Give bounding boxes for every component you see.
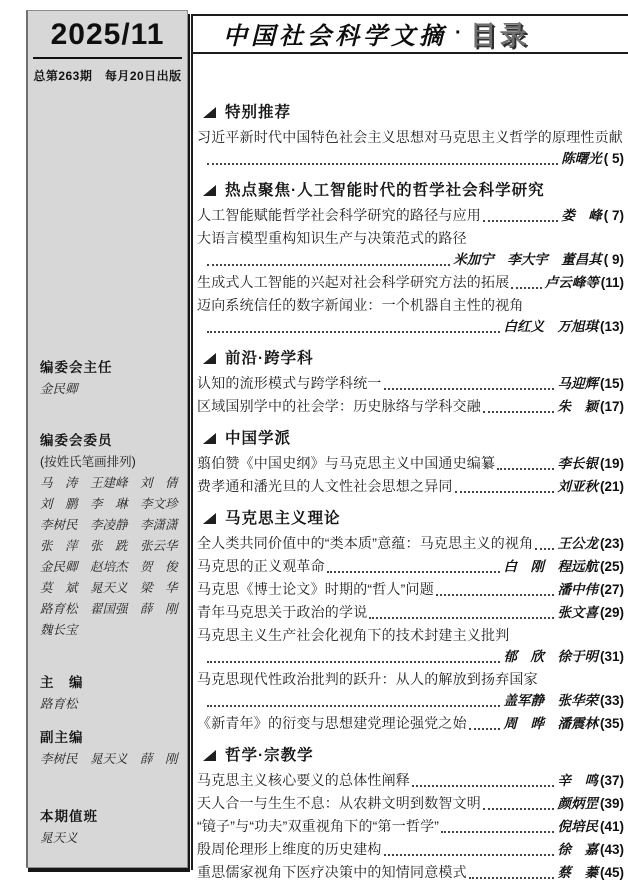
dotted-leader: [483, 220, 558, 222]
masthead-sort-note: (按姓氏笔画排列): [40, 452, 182, 473]
toc-entry: 马克思主义核心要义的总体性阐释 辛 鸣 (37): [197, 769, 624, 792]
masthead-block-label: 编委会委员: [40, 430, 182, 452]
toc-entry-title: 迈向系统信任的数字新闻业：一个机器自主性的视角: [197, 294, 624, 316]
toc-entry-authors: 白红义 万旭琪: [503, 316, 598, 338]
toc-entry-authors: 朱 颖: [557, 396, 598, 418]
toc-entry-title: 翦伯赞《中国史纲》与马克思主义中国通史编纂: [197, 452, 495, 474]
section-triangle-icon: [203, 433, 216, 444]
toc-entry-authors: 徐 嘉: [557, 839, 598, 861]
dotted-leader: [369, 617, 554, 619]
toc-entry-title: 生成式人工智能的兴起对社会科学研究方法的拓展: [197, 271, 509, 293]
masthead-block-lines: 马 涛 王建峰 刘 倩 刘 鹏 李 琳 李文珍 李树民 李凌静 李潇潇 张 萍 …: [40, 473, 182, 641]
toc-entry-title: 殷周伦理形上维度的历史建构: [197, 838, 382, 860]
section-title: 哲学·宗教学: [225, 745, 314, 767]
toc-entry-page: (21): [600, 476, 624, 498]
toc-entry: 马克思的正义观革命 白 刚 程远航 (25): [197, 555, 624, 578]
section-items: 翦伯赞《中国史纲》与马克思主义中国通史编纂 李长银 (19) 费孝通和潘光旦的人…: [197, 452, 624, 498]
toc-section: 马克思主义理论 全人类共同价值中的“类本质”意蕴：马克思主义的视角 王公龙 (2…: [197, 508, 624, 735]
toc-entry-authors: 郁 欣 徐于明: [503, 646, 598, 668]
toc-entry-page: (29): [600, 602, 624, 624]
toc-entry-title: 费孝通和潘光旦的人文性社会思想之异同: [197, 475, 453, 497]
toc-entry: 《新青年》的衍变与思想建党理论强党之始 周 晔 潘震林 (35): [197, 712, 624, 735]
toc-entry-page: (19): [600, 453, 624, 475]
section-header: 前沿·跨学科: [197, 348, 624, 370]
toc-entry-page: (41): [600, 816, 624, 838]
masthead-block-lines: 李树民 晁天义 薛 刚: [40, 749, 182, 770]
toc-entry-title: 马克思的正义观革命: [197, 555, 325, 577]
masthead-block: 副主编 李树民 晁天义 薛 刚: [40, 727, 182, 770]
dotted-leader: [511, 287, 541, 289]
section-header: 特别推荐: [197, 102, 624, 124]
section-title: 马克思主义理论: [225, 508, 341, 530]
dotted-leader: [441, 831, 554, 833]
toc-entry-authors: 米加宁 李大宇 董昌其: [453, 249, 602, 271]
toc-section: 热点聚焦·人工智能时代的哲学社会科学研究 人工智能赋能哲学社会科学研究的路径与应…: [197, 180, 624, 338]
masthead-sidebar: 2025/11 总第263期 每月20日出版 编委会主任 金民卿 编委会委员 (…: [26, 10, 188, 868]
journal-name: 中国社会科学文摘: [223, 16, 447, 51]
masthead-block-lines: 金民卿: [40, 379, 182, 400]
toc-section: 中国学派 翦伯赞《中国史纲》与马克思主义中国通史编纂 李长银 (19) 费孝通和…: [197, 428, 624, 498]
section-items: 人工智能赋能哲学社会科学研究的路径与应用 娄 峰 ( 7) 大语言模型重构知识生…: [197, 204, 624, 338]
toc-entry-title: 重思儒家视角下医疗决策中的知情同意模式: [197, 861, 467, 883]
masthead-name-line: 李树民 李凌静 李潇潇: [40, 515, 182, 536]
toc-entry-authors: 王公龙: [557, 533, 598, 555]
dotted-leader: [207, 163, 558, 165]
separator-dot: ·: [455, 22, 462, 45]
section-title: 特别推荐: [225, 102, 291, 124]
toc-entry: 重思儒家视角下医疗决策中的知情同意模式 蔡 蓁 (45): [197, 861, 624, 884]
section-header: 哲学·宗教学: [197, 745, 624, 767]
masthead-block-label: 编委会主任: [40, 357, 182, 379]
toc-entry-page: (13): [600, 316, 624, 338]
masthead-name-line: 路育松: [40, 694, 182, 715]
toc-entry-authors: 卢云峰等: [545, 272, 599, 294]
toc-entry: 天人合一与生生不息：从农耕文明到数智文明 颜炳罡 (39): [197, 792, 624, 815]
toc-entry-title: 习近平新时代中国特色社会主义思想对马克思主义哲学的原理性贡献: [197, 126, 624, 148]
toc-entry-title: 天人合一与生生不息：从农耕文明到数智文明: [197, 792, 481, 814]
toc-section: 哲学·宗教学 马克思主义核心要义的总体性阐释 辛 鸣 (37) 天人合一与生生不…: [197, 745, 624, 884]
toc-entry-authors: 周 晔 潘震林: [503, 713, 598, 735]
masthead-name-line: 金民卿: [40, 379, 182, 400]
toc-entry-page: (39): [600, 793, 624, 815]
toc-entry: 认知的流形模式与跨学科统一 马迎辉 (15): [197, 372, 624, 395]
masthead-block: 本期值班 晁天义: [40, 806, 182, 849]
toc-entry-page: (11): [601, 272, 624, 294]
toc: 特别推荐 习近平新时代中国特色社会主义思想对马克思主义哲学的原理性贡献 陈曙光 …: [193, 54, 628, 884]
toc-entry-title: “镜子”与“功夫”双重视角下的“第一哲学”: [197, 815, 439, 837]
masthead-name-line: 李树民 晁天义 薛 刚: [40, 749, 182, 770]
dotted-leader: [483, 411, 554, 413]
toc-entry-authors: 潘中伟: [557, 579, 598, 601]
dotted-leader: [535, 548, 554, 550]
section-items: 习近平新时代中国特色社会主义思想对马克思主义哲学的原理性贡献 陈曙光 ( 5): [197, 126, 624, 170]
masthead-block: 编委会委员 (按姓氏笔画排列) 马 涛 王建峰 刘 倩 刘 鹏 李 琳 李文珍 …: [40, 430, 182, 641]
dotted-leader: [455, 491, 555, 493]
section-header: 中国学派: [197, 428, 624, 450]
toc-entry-page: (27): [600, 579, 624, 601]
toc-entry-authors: 蔡 蓁: [557, 862, 598, 884]
toc-entry-authors: 陈曙光: [561, 148, 602, 170]
toc-entry: 马克思《博士论文》时期的“哲人”问题 潘中伟 (27): [197, 578, 624, 601]
toc-entry: 生成式人工智能的兴起对社会科学研究方法的拓展 卢云峰等 (11): [197, 271, 624, 294]
toc-entry-title: 马克思《博士论文》时期的“哲人”问题: [197, 578, 434, 600]
masthead-name-line: 金民卿 赵培杰 贺 俊: [40, 557, 182, 578]
toc-entry-title: 全人类共同价值中的“类本质”意蕴：马克思主义的视角: [197, 532, 533, 554]
toc-entry: 马克思主义生产社会化视角下的技术封建主义批判 郁 欣 徐于明 (31): [197, 624, 624, 668]
toc-entry: “镜子”与“功夫”双重视角下的“第一哲学” 倪培民 (41): [197, 815, 624, 838]
toc-entry-page: (35): [600, 713, 624, 735]
toc-entry-page: (45): [600, 862, 624, 884]
masthead-block-label: 本期值班: [40, 806, 182, 828]
dotted-leader: [384, 388, 555, 390]
issue-subline: 总第263期 每月20日出版: [28, 59, 187, 84]
masthead-name-line: 路育松 翟国强 薛 刚: [40, 599, 182, 620]
toc-entry: 区域国别学中的社会学：历史脉络与学科交融 朱 颖 (17): [197, 395, 624, 418]
toc-entry-authors: 马迎辉: [557, 373, 598, 395]
toc-entry: 费孝通和潘光旦的人文性社会思想之异同 刘亚秋 (21): [197, 475, 624, 498]
toc-entry-page: (43): [600, 839, 624, 861]
toc-entry-page: (23): [600, 533, 624, 555]
section-title: 中国学派: [225, 428, 291, 450]
dotted-leader: [483, 808, 554, 810]
toc-entry-page: ( 5): [604, 148, 624, 170]
toc-entry-title: 认知的流形模式与跨学科统一: [197, 372, 382, 394]
section-items: 马克思主义核心要义的总体性阐释 辛 鸣 (37) 天人合一与生生不息：从农耕文明…: [197, 769, 624, 884]
toc-entry-title: 区域国别学中的社会学：历史脉络与学科交融: [197, 395, 481, 417]
section-items: 全人类共同价值中的“类本质”意蕴：马克思主义的视角 王公龙 (23) 马克思的正…: [197, 532, 624, 735]
toc-entry: 翦伯赞《中国史纲》与马克思主义中国通史编纂 李长银 (19): [197, 452, 624, 475]
dotted-leader: [469, 728, 501, 730]
page-header: 中国社会科学文摘 · 目录: [193, 14, 628, 54]
toc-entry-title: 人工智能赋能哲学社会科学研究的路径与应用: [197, 204, 481, 226]
masthead-block-label: 副主编: [40, 727, 182, 749]
page-title: 目录: [470, 14, 530, 53]
section-triangle-icon: [203, 107, 216, 118]
toc-entry-authors: 盖军静 张华荣: [503, 690, 598, 712]
toc-content: 中国社会科学文摘 · 目录 特别推荐 习近平新时代中国特色社会主义思想对马克思主…: [191, 14, 628, 870]
toc-entry-authors: 白 刚 程远航: [503, 556, 598, 578]
dotted-leader: [469, 877, 555, 879]
dotted-leader: [207, 661, 500, 663]
toc-section: 前沿·跨学科 认知的流形模式与跨学科统一 马迎辉 (15) 区域国别学中的社会学…: [197, 348, 624, 418]
toc-entry-authors: 张文喜: [557, 602, 598, 624]
toc-entry-authors: 李长银: [557, 453, 598, 475]
toc-entry: 全人类共同价值中的“类本质”意蕴：马克思主义的视角 王公龙 (23): [197, 532, 624, 555]
section-triangle-icon: [203, 185, 216, 196]
toc-entry-page: (37): [600, 770, 624, 792]
section-triangle-icon: [203, 513, 216, 524]
toc-entry-page: (31): [600, 646, 624, 668]
toc-entry: 习近平新时代中国特色社会主义思想对马克思主义哲学的原理性贡献 陈曙光 ( 5): [197, 126, 624, 170]
masthead-name-line: 莫 斌 晁天义 梁 华: [40, 578, 182, 599]
dotted-leader: [384, 854, 555, 856]
dotted-leader: [327, 571, 501, 573]
section-title: 热点聚焦·人工智能时代的哲学社会科学研究: [225, 180, 545, 202]
dotted-leader: [207, 331, 500, 333]
dotted-leader: [497, 468, 554, 470]
masthead-name-line: 张 萍 张 跣 张云华: [40, 536, 182, 557]
toc-entry: 大语言模型重构知识生产与决策范式的路径 米加宁 李大宇 董昌其 ( 9): [197, 227, 624, 271]
toc-entry: 人工智能赋能哲学社会科学研究的路径与应用 娄 峰 ( 7): [197, 204, 624, 227]
masthead-block-lines: 晁天义: [40, 828, 182, 849]
toc-entry-page: (15): [600, 373, 624, 395]
section-triangle-icon: [203, 353, 216, 364]
masthead-block: 主 编 路育松: [40, 672, 182, 715]
toc-entry-authors: 辛 鸣: [557, 770, 598, 792]
dotted-leader: [436, 594, 555, 596]
masthead-name-line: 晁天义: [40, 828, 182, 849]
masthead-name-line: 魏长宝: [40, 620, 182, 641]
toc-section: 特别推荐 习近平新时代中国特色社会主义思想对马克思主义哲学的原理性贡献 陈曙光 …: [197, 102, 624, 170]
toc-entry-page: ( 7): [604, 205, 624, 227]
toc-entry: 马克思现代性政治批判的跃升：从人的解放到扬弃国家 盖军静 张华荣 (33): [197, 668, 624, 712]
masthead-block-label: 主 编: [40, 672, 182, 694]
toc-entry-authors: 颜炳罡: [557, 793, 598, 815]
dotted-leader: [412, 785, 554, 787]
toc-entry-page: (33): [600, 690, 624, 712]
toc-entry-authors: 倪培民: [557, 816, 598, 838]
section-triangle-icon: [203, 750, 216, 761]
toc-entry: 殷周伦理形上维度的历史建构 徐 嘉 (43): [197, 838, 624, 861]
toc-entry-page: (17): [600, 396, 624, 418]
section-header: 马克思主义理论: [197, 508, 624, 530]
toc-entry-title: 马克思主义核心要义的总体性阐释: [197, 769, 410, 791]
toc-entry-page: ( 9): [604, 249, 624, 271]
section-title: 前沿·跨学科: [225, 348, 314, 370]
toc-entry-title: 青年马克思关于政治的学说: [197, 601, 367, 623]
toc-entry-authors: 娄 峰: [561, 205, 602, 227]
toc-entry-page: (25): [600, 556, 624, 578]
toc-entry-title: 大语言模型重构知识生产与决策范式的路径: [197, 227, 624, 249]
journal-toc-page: 2025/11 总第263期 每月20日出版 编委会主任 金民卿 编委会委员 (…: [0, 0, 628, 890]
dotted-leader: [207, 705, 500, 707]
masthead-name-line: 马 涛 王建峰 刘 倩: [40, 473, 182, 494]
section-items: 认知的流形模式与跨学科统一 马迎辉 (15) 区域国别学中的社会学：历史脉络与学…: [197, 372, 624, 418]
toc-entry-title: 马克思主义生产社会化视角下的技术封建主义批判: [197, 624, 624, 646]
toc-entry-authors: 刘亚秋: [557, 476, 598, 498]
toc-entry: 迈向系统信任的数字新闻业：一个机器自主性的视角 白红义 万旭琪 (13): [197, 294, 624, 338]
masthead-name-line: 刘 鹏 李 琳 李文珍: [40, 494, 182, 515]
section-header: 热点聚焦·人工智能时代的哲学社会科学研究: [197, 180, 624, 202]
masthead-block-lines: 路育松: [40, 694, 182, 715]
dotted-leader: [207, 264, 450, 266]
toc-entry: 青年马克思关于政治的学说 张文喜 (29): [197, 601, 624, 624]
issue-box: 2025/11 总第263期 每月20日出版: [28, 11, 187, 84]
toc-entry-title: 《新青年》的衍变与思想建党理论强党之始: [197, 712, 467, 734]
issue-number: 2025/11: [28, 18, 187, 52]
masthead-block: 编委会主任 金民卿: [40, 357, 182, 400]
toc-entry-title: 马克思现代性政治批判的跃升：从人的解放到扬弃国家: [197, 668, 624, 690]
